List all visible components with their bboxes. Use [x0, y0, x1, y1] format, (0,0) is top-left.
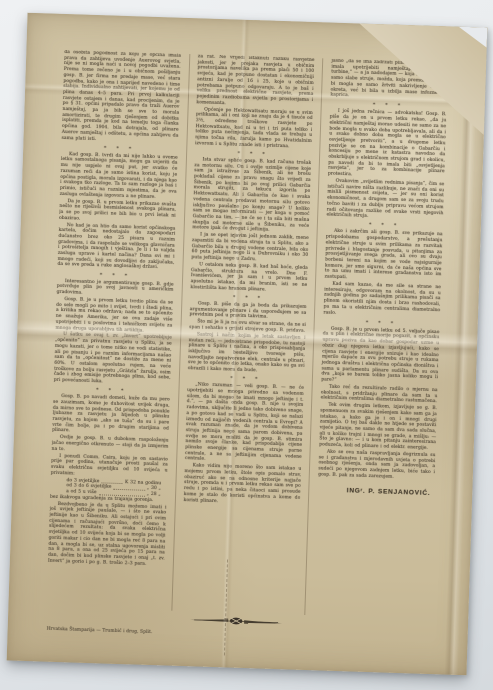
paragraph: Gosp. B. je u prvom letku od 5. veljače … [321, 326, 439, 387]
document-page: da osobita pogodnost za koju je općina i… [7, 13, 488, 676]
signature: INGʳ. P. SENJANOVIĆ. [318, 487, 431, 496]
paragraph: Općenje po Hektowattsatu moraju se u svi… [195, 107, 313, 151]
paragraph: Da je gosp. B. u prvom letku prikazao sv… [59, 198, 176, 225]
text-column-3: jasno „da se ima zadržati plinom, i da b… [305, 58, 449, 619]
paragraph: Kad sam kazao, da me sile sa strane ne i… [323, 281, 441, 319]
paragraph: I ja se opet izjavim jošt jednom zaklik,… [191, 232, 309, 264]
paragraph: I još jedna rečnica — advokatska! Gosp. … [328, 109, 447, 181]
paragraph: Kako vidim nije moreno što sam istakao u… [183, 463, 301, 507]
paragraph: U šatku se ovaj t. zv. „Invert“ upotrebl… [54, 332, 172, 387]
paragraph: Sastroj i način kojim je letak sastavlje… [188, 332, 306, 376]
paragraph: Interesantno je argumentiranje gosp. B. … [56, 279, 173, 300]
paragraph: U ostalom neka gosp. B. kad baš hoće, gl… [190, 262, 308, 294]
paragraph: Tek ovim drugim letkom, izjavljuje se g.… [319, 403, 437, 452]
paragraph: Gosp. B. je u prvom letku tvrdio plinu d… [55, 297, 173, 335]
paragraph: No kad je on htio da samo korist općinsk… [57, 222, 175, 271]
paragraph: Ako i zakrčim ali gosp. B. sve prikazuje… [324, 229, 442, 284]
paragraph: Bezdvojbeno je da u Splitu možemo imati … [48, 501, 167, 567]
text-body: da osobita pogodnost za koju je općina i… [46, 50, 448, 619]
paragraph: Ako se ova naša raspravljanja dogriznula… [318, 449, 436, 481]
paragraph: Gosp. B. po navadi dometi, kuže da mu pe… [52, 394, 170, 438]
paragraph: da osobita pogodnost za koju je općina i… [61, 50, 181, 145]
text-column-2: za rat. Ne vrijedi istaknuti razliku ras… [171, 54, 315, 615]
divider-ornament [188, 613, 284, 628]
paragraph: Ovakovim „svijetlim rednima pisanja“, či… [326, 179, 444, 223]
paragraph: Ista stvar spliće gosp. B. kad računa tr… [192, 157, 311, 235]
paragraph: Kad gosp. B. tvrdi da mi nije lahko u ov… [60, 152, 178, 201]
paragraph: Ovdje je gosp. B. u dubokom raspoloženju… [51, 435, 168, 456]
paragraph: za rat. Ne vrijedi istaknuti razliku ras… [196, 54, 314, 109]
paragraph: „Niko razuman — veli gosp. B. — ne će up… [185, 382, 304, 466]
text-column-1: da osobita pogodnost za koju je općina i… [46, 50, 181, 610]
printer-imprint: Hrvatska Štamparija — Trumbić i drug, Sp… [47, 627, 153, 635]
photograph: da osobita pogodnost za koju je općina i… [0, 0, 493, 690]
paragraph: I ponudi Comm. Caira, koju je on sastavi… [51, 453, 168, 480]
